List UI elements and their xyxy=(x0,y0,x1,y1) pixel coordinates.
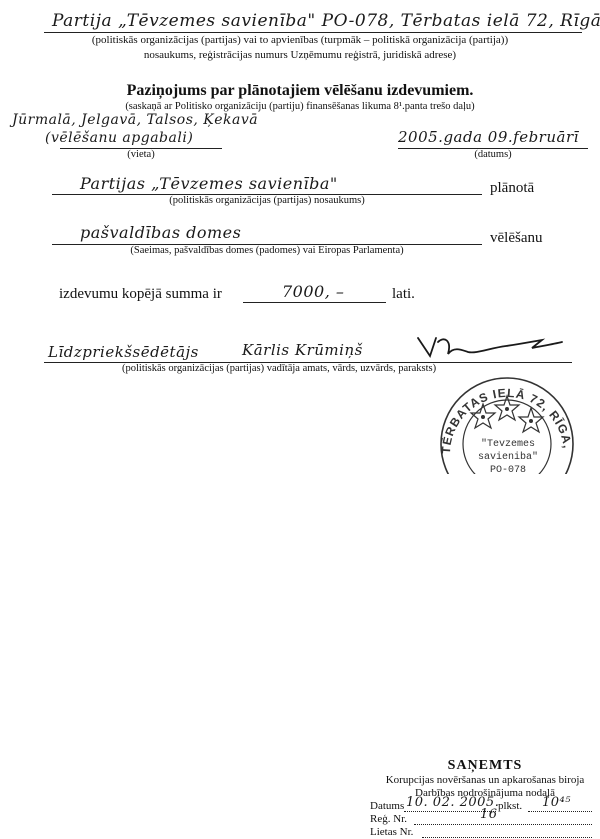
received-reg-row: Reģ. Nr. 16 xyxy=(370,813,592,826)
party-name-caption: (politiskās organizācijas (partijas) nos… xyxy=(52,195,482,206)
signatory-name-handwritten: Kārlis Krūmiņš xyxy=(242,341,363,359)
election-caption: (Saeimas, pašvaldības domes (padomes) va… xyxy=(52,245,482,256)
svg-text:savieniba": savieniba" xyxy=(478,451,538,463)
received-title: SAŅEMTS xyxy=(370,758,600,774)
place-handwritten-line2: (vēlēšanu apgabali) xyxy=(45,130,193,146)
received-time-label: plkst. xyxy=(498,800,522,812)
received-case-label: Lietas Nr. xyxy=(370,826,413,838)
received-reg-value: 16 xyxy=(480,807,498,822)
date-caption: (datums) xyxy=(398,149,588,160)
party-name-suffix: plānotā xyxy=(490,180,534,197)
svg-text:"Tevzemes: "Tevzemes xyxy=(481,438,535,450)
header-underline xyxy=(44,32,582,33)
document-subtitle: (saskaņā ar Politisko organizāciju (part… xyxy=(0,101,600,112)
party-name-handwritten: Partijas „Tēvzemes savienība" xyxy=(80,174,338,193)
total-prefix: izdevumu kopējā summa ir xyxy=(59,286,222,303)
election-suffix: vēlēšanu xyxy=(490,230,542,247)
election-handwritten: pašvaldības domes xyxy=(80,223,241,242)
date-handwritten: 2005.gada 09.februārī xyxy=(398,128,579,146)
place-handwritten-line1: Jūrmalā, Jelgavā, Talsos, Ķekavā xyxy=(12,112,258,128)
received-case-row: Lietas Nr. xyxy=(370,826,592,839)
party-address-handwritten: Partija „Tēvzemes savienība" PO-078, Tēr… xyxy=(52,11,600,31)
signatory-position-handwritten: Līdzpriekšsēdētājs xyxy=(48,343,199,361)
header-caption-line1: (politiskās organizācijas (partijas) vai… xyxy=(0,34,600,46)
received-reg-label: Reģ. Nr. xyxy=(370,813,407,825)
document-title: Paziņojums par plānotajiem vēlēšanu izde… xyxy=(0,82,600,100)
header-caption-line2: nosaukums, reģistrācijas numurs Uzņēmumu… xyxy=(0,49,600,61)
signature-scribble xyxy=(410,332,570,362)
total-underline xyxy=(243,302,386,303)
signatory-caption: (politiskās organizācijas (partijas) vad… xyxy=(122,363,436,374)
total-amount-handwritten: 7000, – xyxy=(282,282,344,301)
received-date-label: Datums xyxy=(370,800,404,812)
svg-text:PO-078: PO-078 xyxy=(490,465,526,474)
received-line1: Korupcijas novēršanas un apkarošanas bir… xyxy=(370,774,600,786)
party-stamp: TĒRBATAS IELĀ 72, RĪGA, LV-1001, TĀLR.: … xyxy=(428,366,586,474)
total-suffix: lati. xyxy=(392,286,415,303)
received-time-value: 10⁴⁵ xyxy=(542,795,571,810)
place-caption: (vieta) xyxy=(60,149,222,160)
stamp-seal-icon: TĒRBATAS IELĀ 72, RĪGA, LV-1001, TĀLR.: … xyxy=(428,366,586,474)
